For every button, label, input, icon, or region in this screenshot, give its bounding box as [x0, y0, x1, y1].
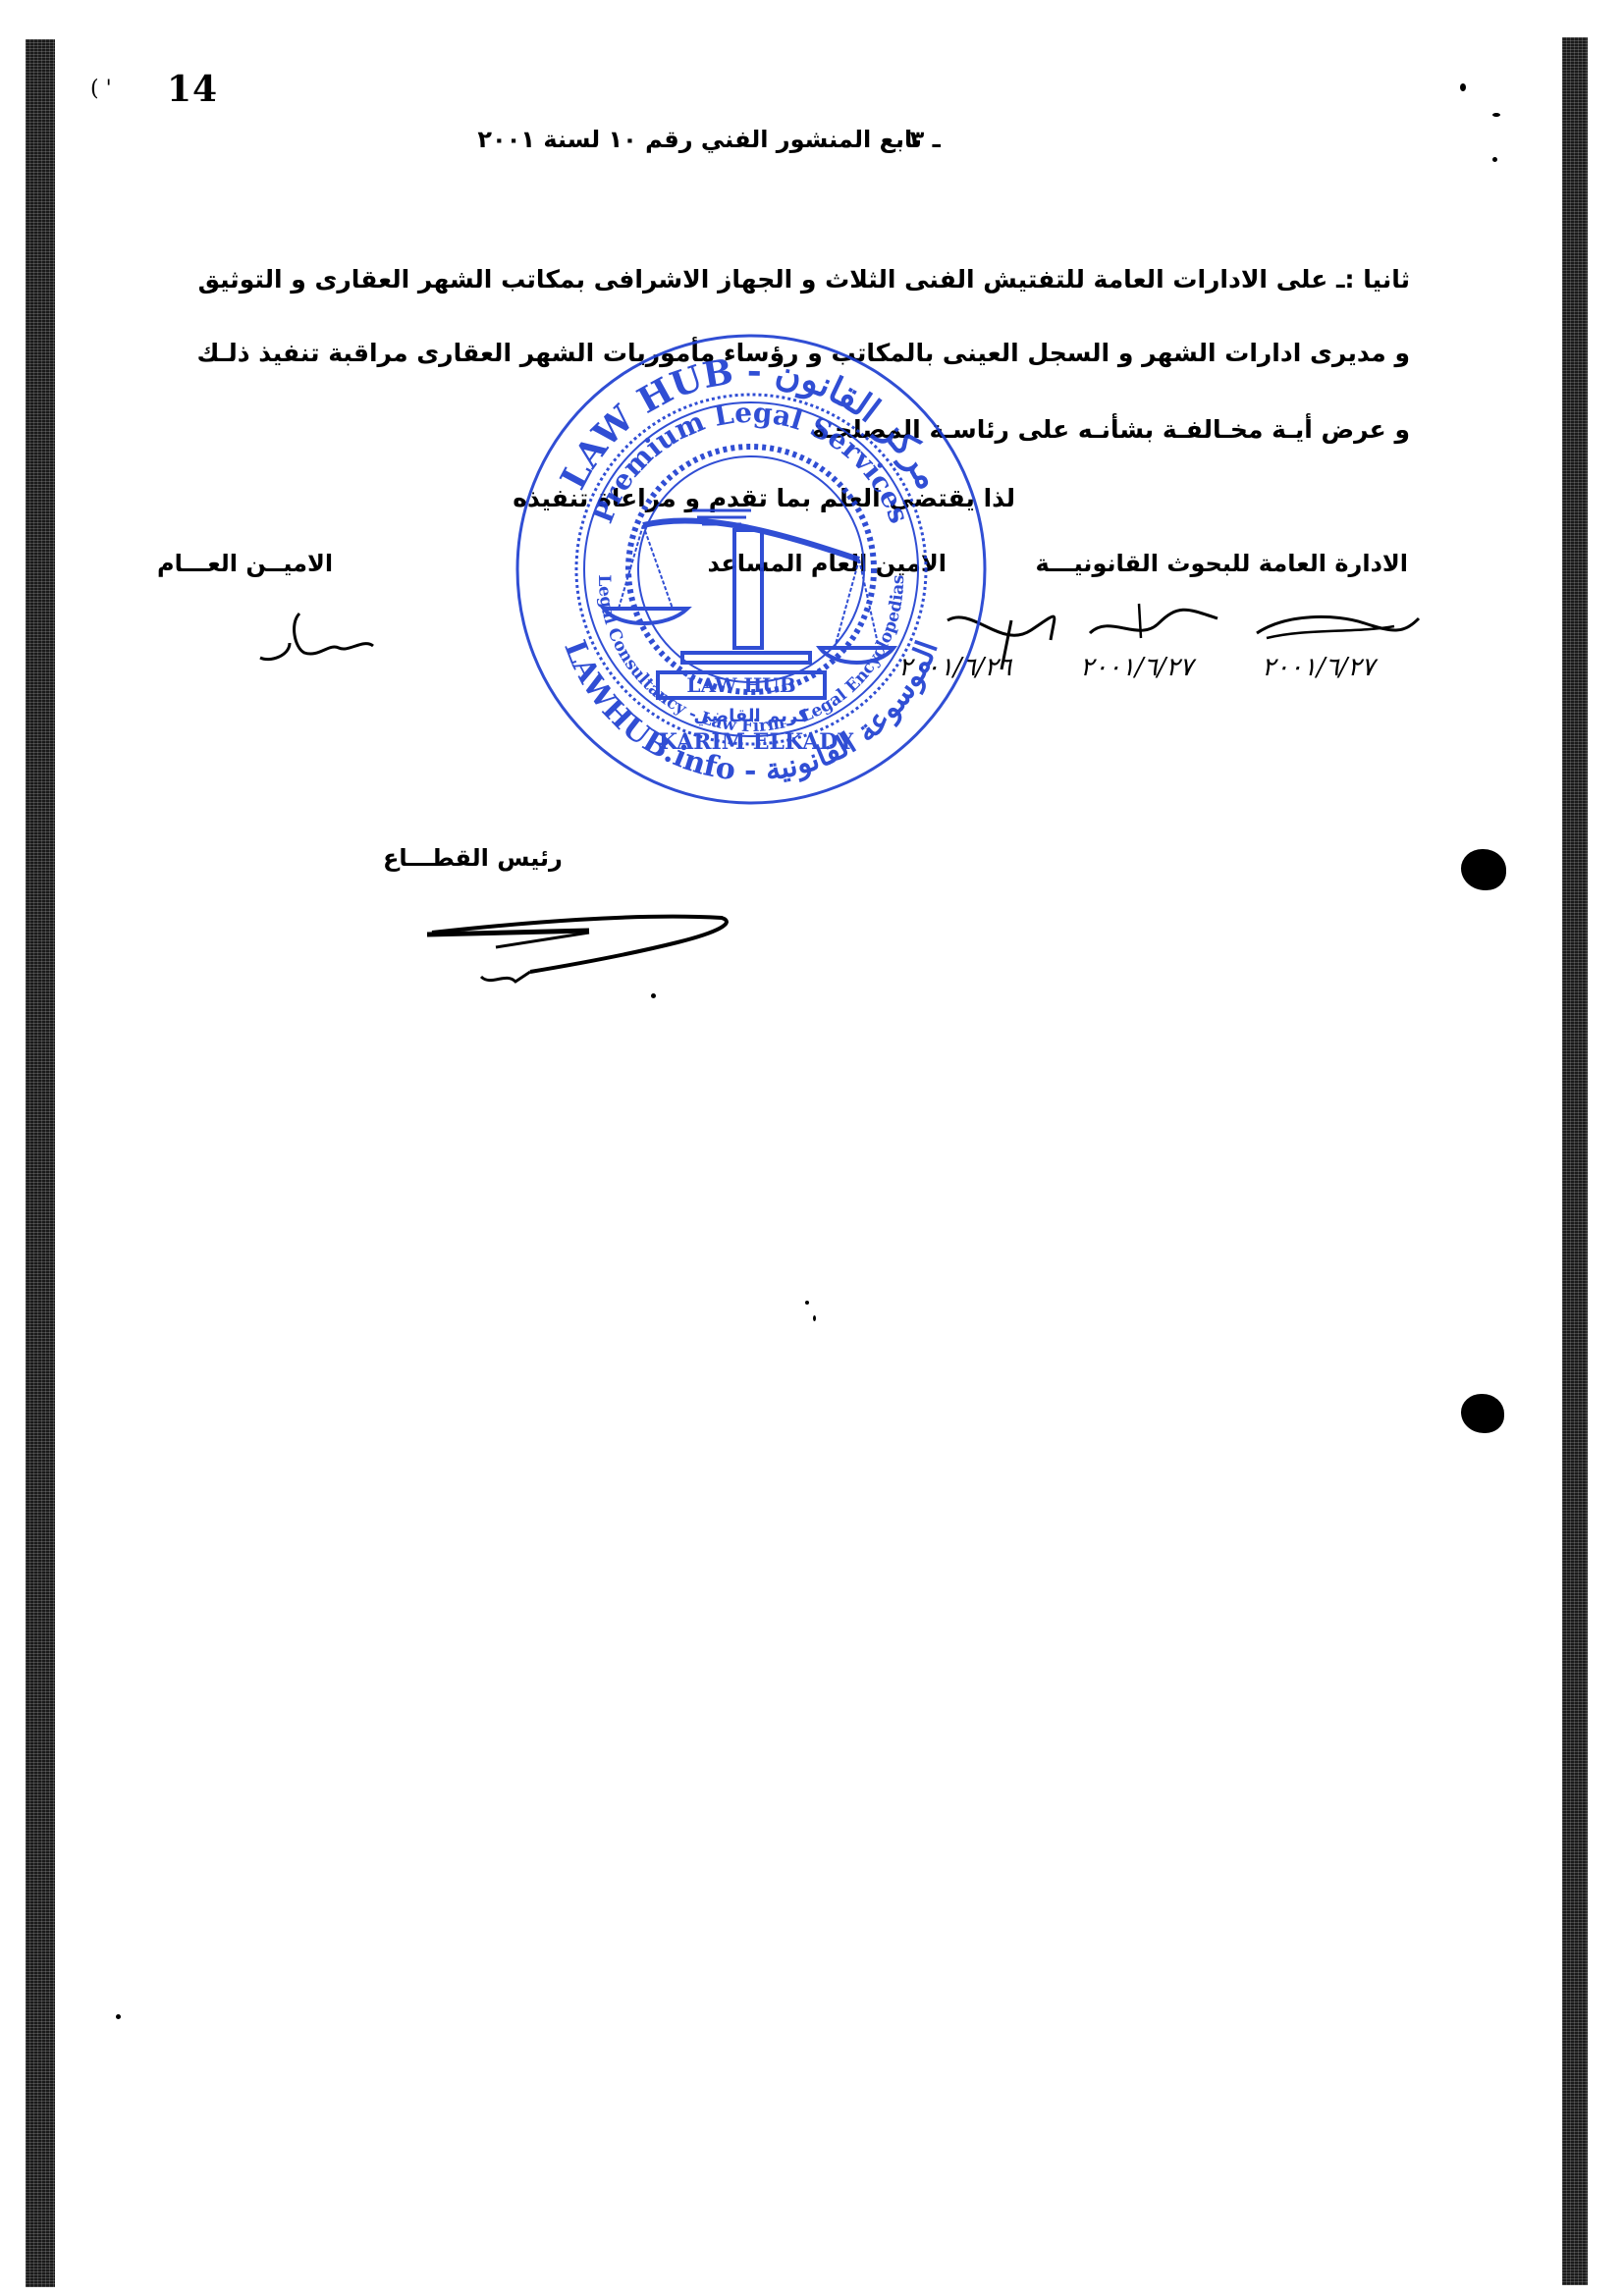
- scan-speck: [805, 1301, 809, 1305]
- document-header: تابع المنشور الفني رقم ١٠ لسنة ٢٠٠١: [477, 126, 922, 153]
- handwritten-date-2: ٢٠٠١/٦/٢٧: [1080, 653, 1193, 682]
- signatory-secretary-general: الاميــن العـــام: [157, 550, 333, 577]
- scan-blot: [1461, 1394, 1504, 1433]
- signature-legal-2: [1080, 604, 1227, 657]
- page-paren-mark: ( ': [90, 77, 112, 101]
- body-line-1: ثانيا :ـ على الادارات العامة للتفتيش الف…: [198, 265, 1410, 294]
- signature-legal-1: [1247, 609, 1424, 652]
- scan-speck: [116, 2014, 121, 2019]
- page-marker: ـ ٣ ـ: [893, 126, 941, 153]
- scan-speck: [651, 993, 656, 998]
- scan-blot: [1461, 849, 1506, 890]
- scan-speck: [1492, 157, 1497, 162]
- law-hub-stamp: LAW HUB - مركز القانون LAWHUB.info - الم…: [511, 329, 992, 810]
- stamp-banner: LAW HUB: [686, 673, 795, 697]
- scan-edge-left: [26, 39, 55, 2287]
- stamp-name-ar: كريم القاضي: [693, 706, 809, 726]
- page-number: 14: [167, 69, 218, 110]
- scan-speck: [813, 1315, 816, 1321]
- signature-secretary-general: [250, 609, 388, 671]
- handwritten-date-1: ٢٠٠١/٦/٢٧: [1262, 653, 1375, 682]
- scan-speck: [1460, 83, 1466, 91]
- scan-edge-right: [1562, 37, 1588, 2285]
- scan-speck: [1492, 113, 1500, 117]
- signature-sector-head: [422, 903, 736, 995]
- sector-head-label: رئيس القطـــاع: [383, 844, 563, 872]
- signatory-legal-research: الادارة العامة للبحوث القانونيـــة: [1035, 550, 1408, 577]
- stamp-name-en: KARIM ELKADY: [659, 729, 853, 755]
